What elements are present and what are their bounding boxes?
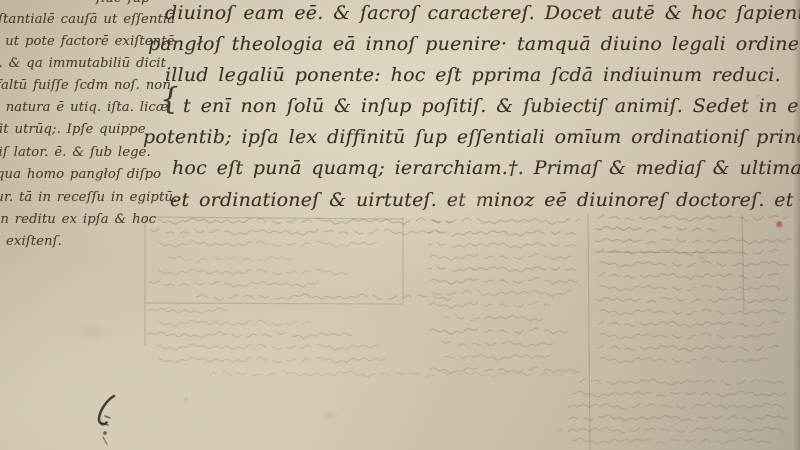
main-text-line: et ordinationeſ & uirtuteſ. et minoz eē … [170,189,794,211]
gloss-tie-brace: { [159,82,180,118]
faded-script-line [148,332,352,339]
margin-gloss-line: in reditu ex ipſa & hoc [0,212,156,227]
faded-script-line [596,297,788,303]
faded-script-line [596,238,791,244]
margin-gloss-line: ſiue ſup [96,0,150,6]
faded-script-line [568,427,784,433]
faded-script-line [600,285,780,291]
margin-gloss-line: faltū fuiſſe ſcdm noſ. non [0,78,171,93]
faded-script-line [432,218,579,224]
margin-gloss-line: tur. tā in receſſu in egiptū. [0,190,177,205]
faded-script-line [428,242,575,248]
faded-script-line [572,438,770,444]
faded-script-line [432,290,570,296]
margin-gloss-line: ſit utrūq;. Ipſe quippe [0,122,146,137]
faded-script-line [446,315,542,321]
faded-script-line [598,345,778,352]
faded-script-line [598,321,778,328]
faded-script-line [150,281,324,287]
faded-script-line [158,218,452,224]
faded-script-line [430,278,577,284]
margin-gloss-line: ū. & qa immutabiliū dicit [0,56,166,71]
main-text-line: diuinoſ eam eē. & ſacroſ caractereſ. Doc… [165,2,800,24]
faded-script-line [569,415,788,422]
faded-script-line [430,254,571,260]
red-ink-dot [776,221,783,228]
margin-gloss-line: aqua homo pangłoſ diſpo [0,167,161,182]
faded-script-line [596,227,716,232]
faded-ruling-line [145,217,403,219]
faded-script-line [428,266,575,272]
faded-script-line [158,269,347,275]
faded-script-line [150,229,441,235]
faded-script-line [158,241,377,247]
faded-ruling-line [742,214,744,312]
main-text-line: hoc eſt punā quamq; ierarchiam.†. Primaſ… [172,157,800,179]
manuscript-page: ſiue ſup ſtantialē cauſā ut eſſentiā t u… [0,0,800,450]
faded-script-line [430,302,550,308]
faded-script-line [600,357,768,363]
main-text-line: potentib; ipſa lex diffinitū ſup eſſenti… [143,126,800,148]
faded-ruling-line [145,303,403,304]
faded-script-line [572,391,785,397]
margin-gloss-line: ē natura ē utiq. iſta. licæ [0,100,168,115]
faded-script-line [210,371,579,377]
faded-ruling-line [595,252,745,253]
margin-gloss-line: exiſtenſ. [6,234,62,249]
faded-script-line [158,320,317,326]
faded-script-line [430,367,577,373]
page-edge-shadow [793,0,800,450]
margin-gloss-line: giſ lator. ē. & ſub lege. [0,145,151,160]
faded-script-line [158,357,386,363]
faded-ruling-line [588,214,590,450]
main-text-line: pangłoſ theologia eā innoſ puenire· tamq… [148,33,799,55]
faded-script-line [158,344,377,350]
ink-flourish-mark [88,392,128,447]
faded-script-line [445,354,550,360]
faded-script-line [196,294,451,301]
faded-script-line [428,230,575,236]
faded-script-line [442,341,553,347]
faded-script-line [600,261,789,267]
margin-gloss-line: ſtantialē cauſā ut eſſentiā [0,12,175,27]
faded-script-line [580,379,784,386]
main-text-line: t enī non ſolū & inſup poſitiſ. & ſubiec… [183,95,800,117]
faded-script-line [598,215,787,222]
faded-script-line [148,308,232,314]
faded-script-line [598,273,784,280]
faded-script-line [168,256,291,261]
main-text-line: illud legaliū ponente: hoc eſt pprima ſc… [165,64,781,86]
faded-script-line [600,333,774,339]
faded-script-line [568,403,784,409]
faded-script-line [598,249,784,256]
faded-script-line [600,309,786,315]
faded-script-line [430,328,568,334]
